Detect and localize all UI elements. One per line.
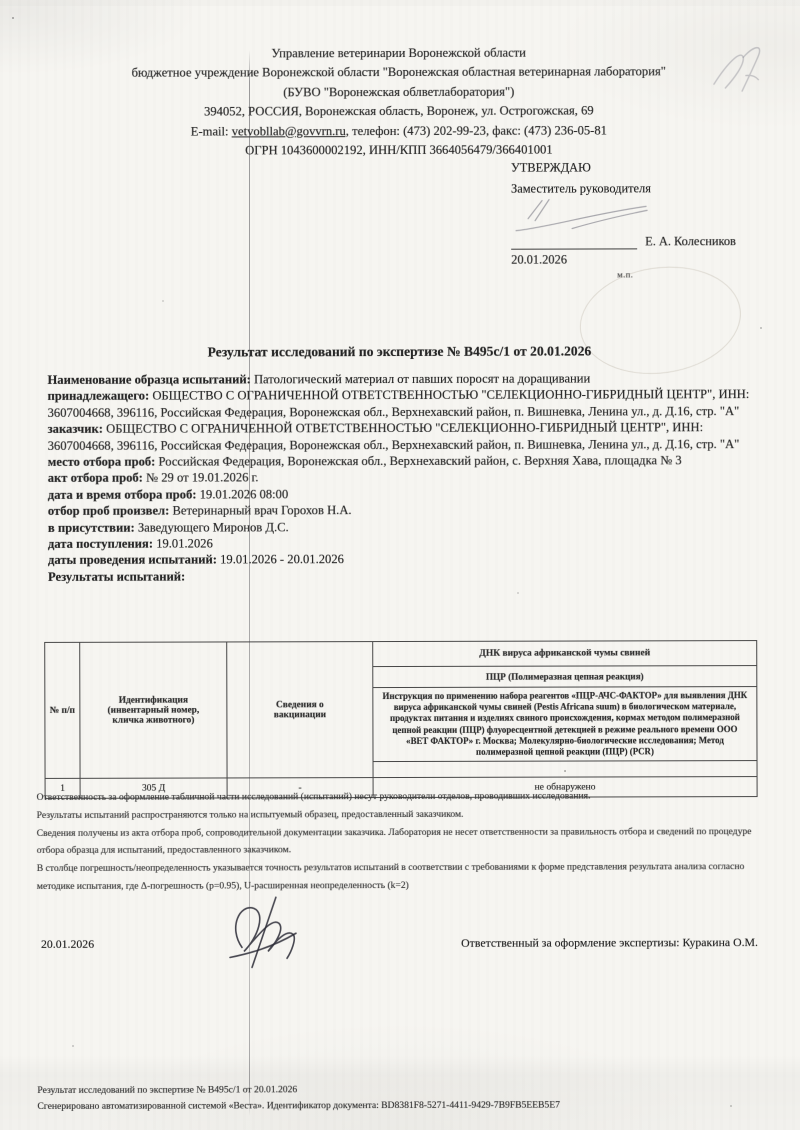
scanned-document-page: Управление ветеринарии Воронежской облас… (0, 0, 800, 1130)
results-heading: Результаты испытаний: (48, 567, 757, 585)
field-owner: принадлежащего: ОБЩЕСТВО С ОГРАНИЧЕННОЙ … (48, 386, 757, 421)
scan-specks (12, 17, 14, 19)
org-name-line1: Управление ветеринарии Воронежской облас… (0, 43, 799, 65)
approval-label: УТВЕРЖДАЮ (511, 160, 771, 176)
col-header-vaccination: Сведения о вакцинации (227, 642, 373, 779)
phone-fax: телефон: (473) 202-99-23, факс: (473) 23… (352, 123, 607, 138)
approval-block: УТВЕРЖДАЮ Заместитель руководителя Е. А.… (511, 160, 771, 268)
col-header-analyte: ДНК вируса африканской чумы свиней (373, 641, 757, 667)
col-header-method-details: Инструкция по применению набора реагенто… (373, 687, 757, 762)
responsible-signature (214, 893, 322, 971)
org-address: 394052, РОССИЯ, Воронежская область, Вор… (0, 101, 799, 123)
org-ogrn-inn: ОГРН 1043600002192, ИНН/КПП 3664056479/3… (0, 140, 799, 162)
col-header-method: ПЦР (Полимеразная цепная реакция) (373, 666, 757, 688)
field-sampled-by: отбор проб произвел: Ветеринарный врач Г… (48, 501, 757, 519)
document-title: Результат исследований по экспертизе № В… (0, 343, 799, 361)
sample-info: Наименование образца испытаний: Патологи… (47, 370, 757, 585)
field-receive-date: дата поступления: 19.01.2026 (48, 534, 757, 552)
document-content: Управление ветеринарии Воронежской облас… (0, 0, 800, 1130)
field-test-dates: даты проведения испытаний: 19.01.2026 - … (48, 551, 757, 569)
footnotes: Ответственность за оформление табличной … (37, 787, 763, 896)
org-name-line2: бюджетное учреждение Воронежской области… (0, 62, 799, 84)
table-header-row: № п/п Идентификация (инвентарный номер, … (45, 641, 757, 668)
field-sampling-act: акт отбора проб: № 29 от 19.01.2026 г. (48, 469, 757, 487)
email-label: E-mail: (191, 124, 229, 138)
approver-name: Е. А. Колесников (645, 234, 736, 249)
footer-line2: Сгенерировано автоматизированной системо… (37, 1097, 777, 1114)
field-sampling-place: место отбора проб: Российская Федерация,… (48, 452, 757, 470)
results-table: № п/п Идентификация (инвентарный номер, … (44, 640, 757, 799)
org-name-line3: (БУВО "Воронежская облветлаборатория") (0, 82, 799, 104)
footnote-1: Ответственность за оформление табличной … (37, 787, 763, 807)
footnote-2: Результаты испытаний распространяются то… (37, 805, 763, 825)
footnote-4: В столбце погрешность/неопределенность у… (37, 858, 763, 895)
org-contacts: E-mail: vetvobllab@govvrn.ru, телефон: (… (0, 121, 799, 143)
field-witness: в присутствии: Заведующего Миронов Д.С. (48, 518, 757, 536)
approval-date: 20.01.2026 (511, 252, 771, 268)
approval-signature-row: Е. А. Колесников (511, 234, 771, 250)
field-sampling-datetime: дата и время отбора проб: 19.01.2026 08:… (48, 485, 757, 503)
handwritten-mark (697, 27, 777, 109)
col-header-uncertainty: . (373, 761, 757, 778)
col-header-num: № п/п (45, 642, 80, 778)
faint-stamp-outline (573, 256, 748, 384)
responsible-person: Ответственный за оформление экспертизы: … (461, 935, 758, 951)
signature-line (511, 238, 637, 249)
approver-signature (514, 188, 649, 234)
letterhead: Управление ветеринарии Воронежской облас… (0, 43, 799, 162)
signoff-date: 20.01.2026 (41, 937, 94, 952)
field-customer: заказчик: ОБЩЕСТВО С ОГРАНИЧЕННОЙ ОТВЕТС… (48, 419, 757, 454)
document-footer: Результат исследований по экспертизе № В… (37, 1081, 777, 1114)
col-header-identification: Идентификация (инвентарный номер, кличка… (80, 642, 227, 779)
email-link: vetvobllab@govvrn.ru, (232, 124, 349, 138)
footnote-3: Сведения получены из акта отбора проб, с… (37, 823, 763, 860)
field-sample-name: Наименование образца испытаний: Патологи… (47, 370, 756, 388)
